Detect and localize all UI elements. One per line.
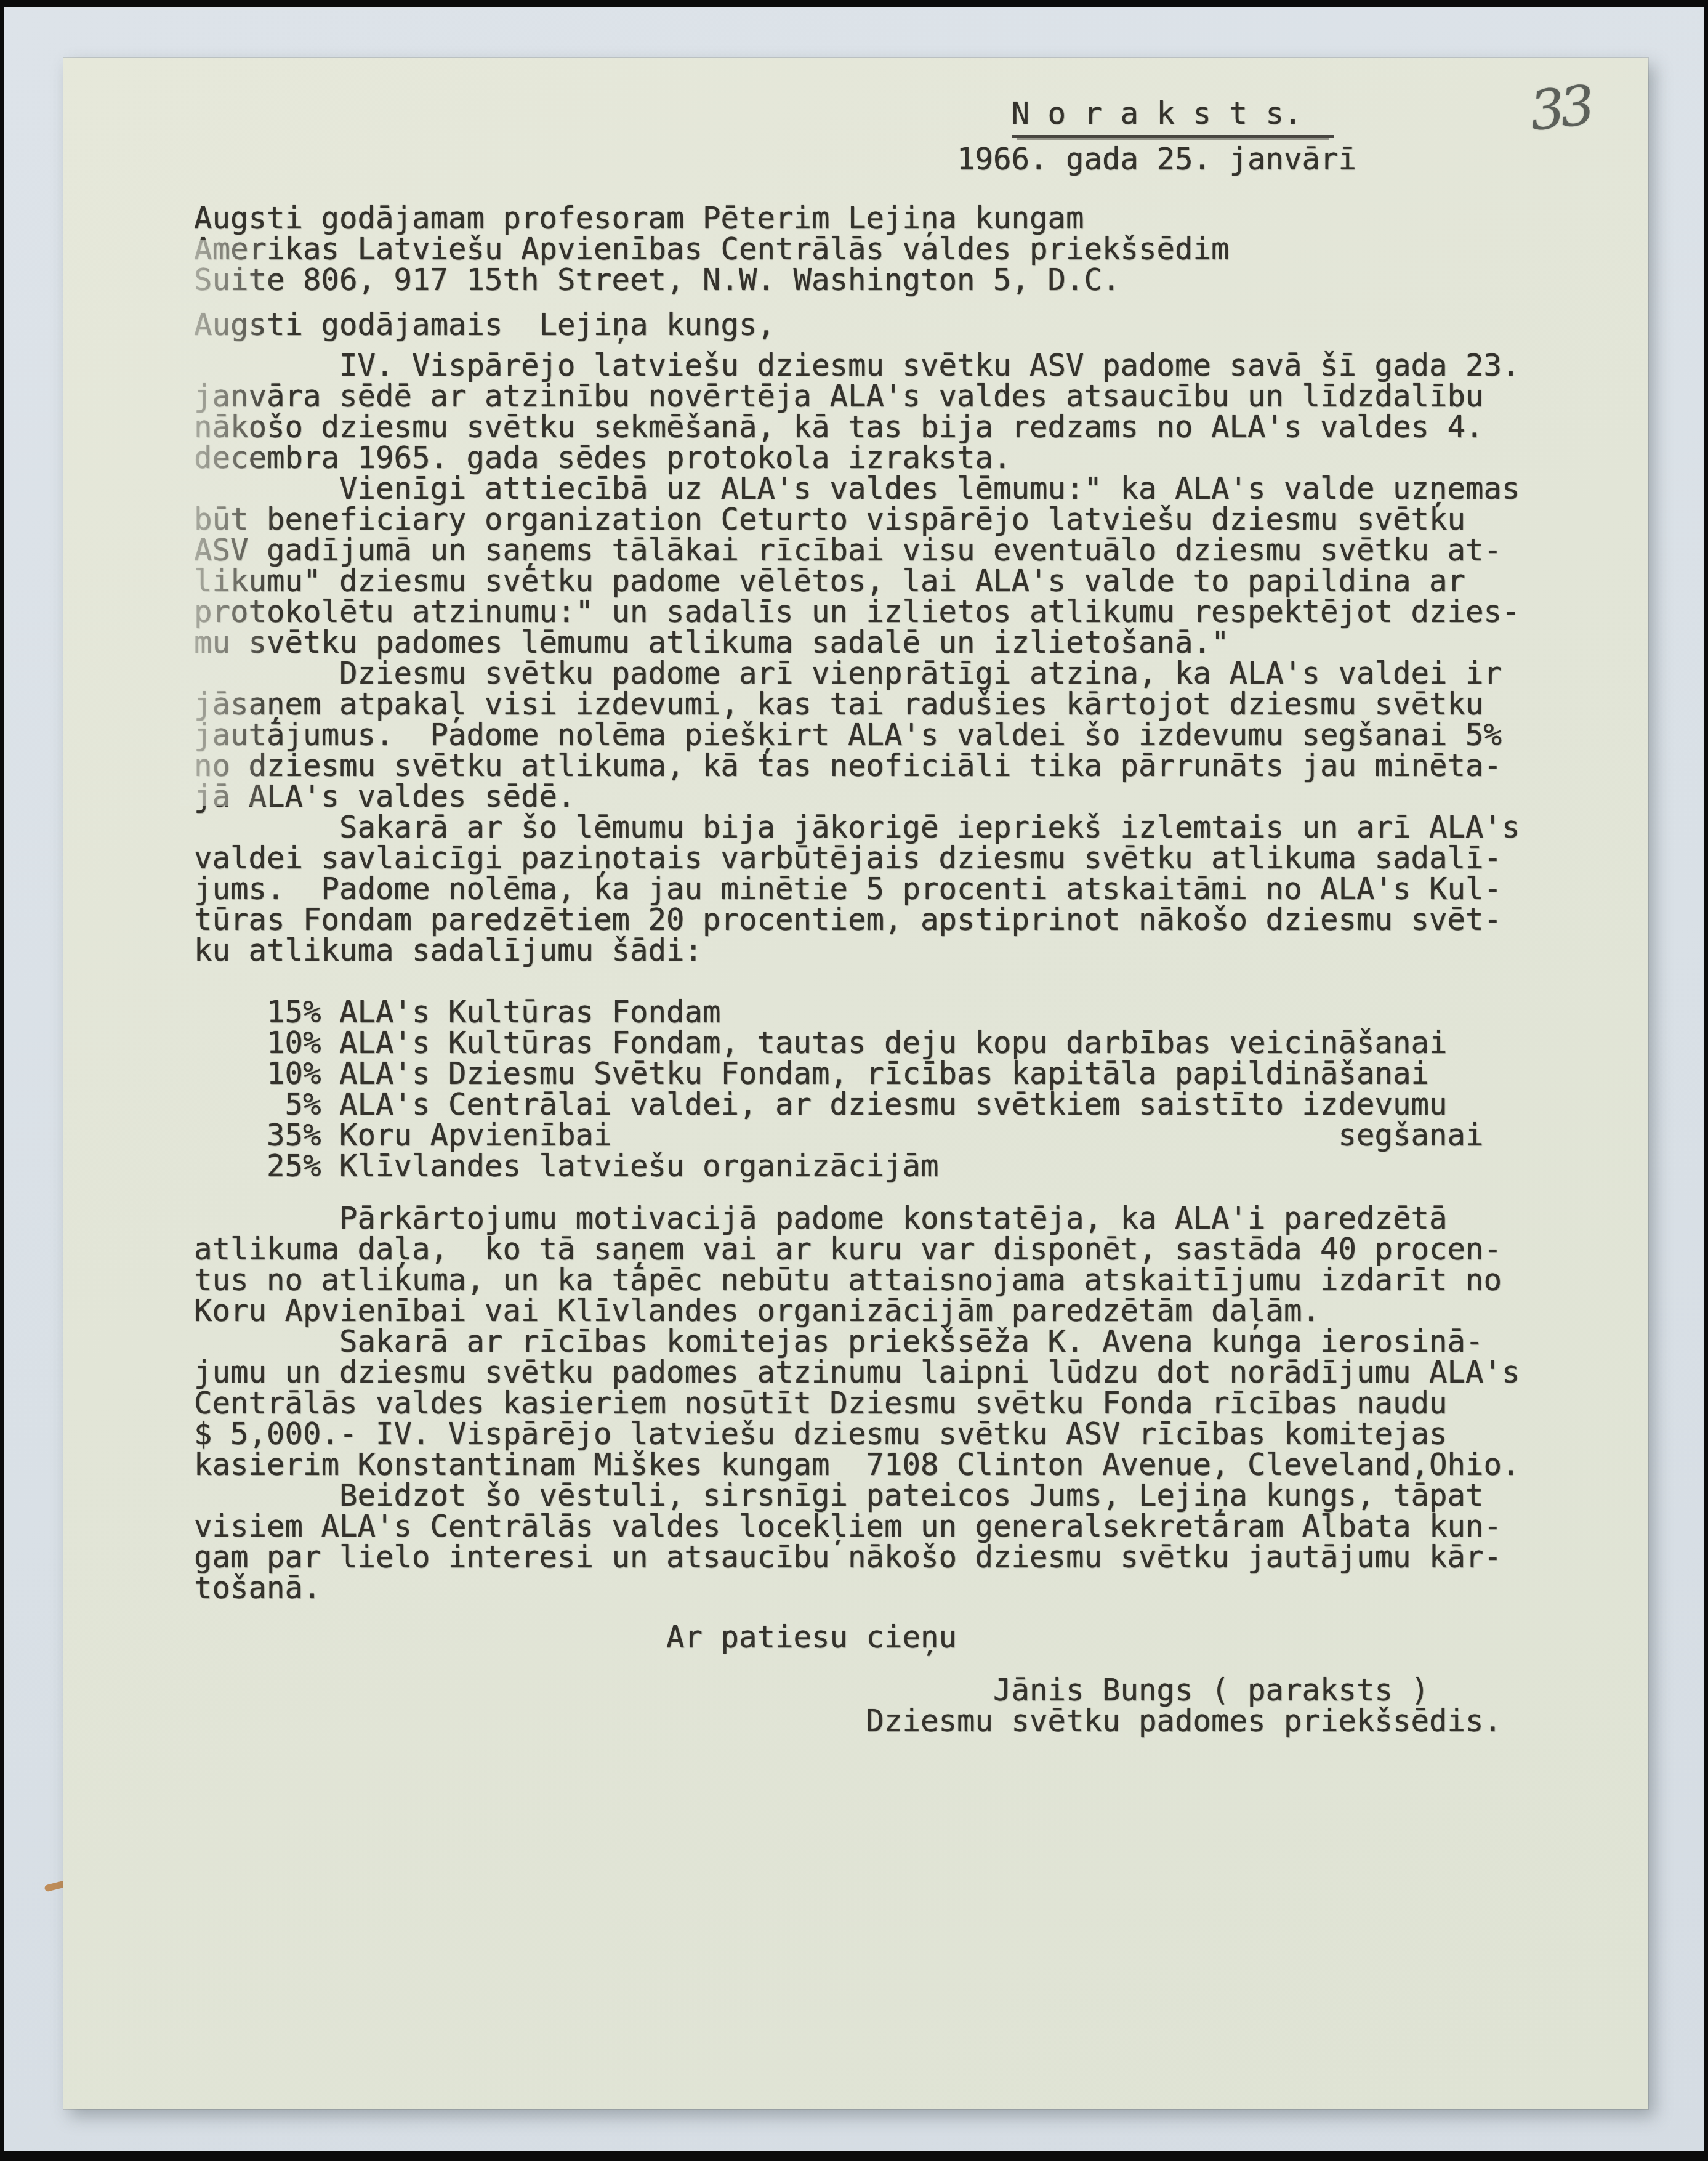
- letter-line: $ 5,000.- IV. Vispārējo latviešu dziesmu…: [194, 1419, 1599, 1450]
- letter-line: Dziesmu svētku padomes priekšsēdis.: [194, 1706, 1599, 1737]
- letter-line: decembra 1965. gada sēdes protokola izra…: [194, 443, 1599, 474]
- letter-line: N o r a k s t s.: [194, 99, 1599, 129]
- letter-body: N o r a k s t s. 1966. gada 25. janvārīA…: [194, 99, 1599, 1737]
- letter-line: 25% Klīvlandes latviešu organizācijām: [194, 1151, 1599, 1182]
- letter-line: IV. Vispārējo latviešu dziesmu svētku AS…: [194, 350, 1599, 381]
- letter-line: nākošo dziesmu svētku sekmēšanā, kā tas …: [194, 412, 1599, 443]
- para-3: Dziesmu svētku padome arī vienprātīgi at…: [194, 658, 1599, 812]
- letter-line: Sakarā ar šo lēmumu bija jākorigē ieprie…: [194, 812, 1599, 843]
- signature: Jānis Bungs ( paraksts ) Dziesmu svētku …: [194, 1675, 1599, 1737]
- letter-line: visiem ALA's Centrālās valdes locekļiem …: [194, 1511, 1599, 1542]
- recipient: Augsti godājamam profesoram Pēterim Leji…: [194, 203, 1599, 296]
- letter-line: gam par lielo interesi un atsaucību nāko…: [194, 1542, 1599, 1573]
- letter-line: Dziesmu svētku padome arī vienprātīgi at…: [194, 658, 1599, 689]
- para-1: IV. Vispārējo latviešu dziesmu svētku AS…: [194, 350, 1599, 474]
- letter-line: 1966. gada 25. janvārī: [194, 144, 1599, 175]
- letter-line: mu svētku padomes lēmumu atlikuma sadalē…: [194, 628, 1599, 658]
- letter-line: 35% Koru Apvienībai segšanai: [194, 1120, 1599, 1151]
- letter-line: likumu" dziesmu svētku padome vēlētos, l…: [194, 566, 1599, 597]
- date-line: 1966. gada 25. janvārī: [194, 144, 1599, 175]
- letter-line: 5% ALA's Centrālai valdei, ar dziesmu sv…: [194, 1089, 1599, 1120]
- salutation: Augsti godājamais Lejiņa kungs,: [194, 310, 1599, 341]
- letter-line: Centrālās valdes kasieriem nosūtīt Dzies…: [194, 1388, 1599, 1419]
- letter-line: 10% ALA's Kultūras Fondam, tautas deju k…: [194, 1028, 1599, 1059]
- letter-line: tošanā.: [194, 1573, 1599, 1604]
- closing: Ar patiesu cieņu: [194, 1622, 1599, 1653]
- letter-line: 15% ALA's Kultūras Fondam: [194, 997, 1599, 1028]
- letter-line: Sakarā ar rīcības komitejas priekšsēža K…: [194, 1327, 1599, 1357]
- letter-line: 10% ALA's Dziesmu Svētku Fondam, rīcības…: [194, 1059, 1599, 1089]
- letter-line: protokolētu atzinumu:" un sadalīs un izl…: [194, 597, 1599, 628]
- letter-line: Suite 806, 917 15th Street, N.W. Washing…: [194, 265, 1599, 296]
- para-5: Pārkārtojumu motivacijā padome konstatēj…: [194, 1203, 1599, 1327]
- letter-line: Koru Apvienībai vai Klīvlandes organizāc…: [194, 1296, 1599, 1327]
- doc-type: N o r a k s t s.: [194, 99, 1599, 129]
- para-7: Beidzot šo vēstuli, sirsnīgi pateicos Ju…: [194, 1480, 1599, 1604]
- para-6: Sakarā ar rīcības komitejas priekšsēža K…: [194, 1327, 1599, 1480]
- letter-line: no dziesmu svētku atlikuma, kā tas neofi…: [194, 751, 1599, 782]
- letter-line: janvāra sēdē ar atzinību novērtēja ALA's…: [194, 381, 1599, 412]
- letter-line: Vienīgi attiecībā uz ALA's valdes lēmumu…: [194, 474, 1599, 504]
- para-4: Sakarā ar šo lēmumu bija jākorigē ieprie…: [194, 812, 1599, 966]
- letter-line: Ar patiesu cieņu: [194, 1622, 1599, 1653]
- letter-line: jautājumus. Padome nolēma piešķirt ALA's…: [194, 720, 1599, 751]
- letter-line: Beidzot šo vēstuli, sirsnīgi pateicos Ju…: [194, 1480, 1599, 1511]
- letter-line: jumu un dziesmu svētku padomes atzinumu …: [194, 1357, 1599, 1388]
- letter-line: Augsti godājamam profesoram Pēterim Leji…: [194, 203, 1599, 234]
- letter-line: tūras Fondam paredzētiem 20 procentiem, …: [194, 905, 1599, 935]
- letter-line: būt beneficiary organization Ceturto vis…: [194, 504, 1599, 535]
- letter-paper: 33 N o r a k s t s. 1966. gada 25. janvā…: [63, 58, 1648, 2109]
- letter-line: ku atlikuma sadalījumu šādi:: [194, 935, 1599, 966]
- letter-line: Jānis Bungs ( paraksts ): [194, 1675, 1599, 1706]
- para-2: Vienīgi attiecībā uz ALA's valdes lēmumu…: [194, 474, 1599, 658]
- letter-line: valdei savlaicīgi paziņotais varbūtējais…: [194, 843, 1599, 874]
- letter-line: Amerikas Latviešu Apvienības Centrālās v…: [194, 234, 1599, 265]
- letter-line: kasierim Konstantinam Miškes kungam 7108…: [194, 1450, 1599, 1480]
- letter-line: tus no atlikuma, un ka tāpēc nebūtu atta…: [194, 1265, 1599, 1296]
- allocation-list: 15% ALA's Kultūras Fondam 10% ALA's Kult…: [194, 997, 1599, 1182]
- letter-line: jā ALA's valdes sēdē.: [194, 782, 1599, 812]
- letter-line: Augsti godājamais Lejiņa kungs,: [194, 310, 1599, 341]
- scanned-letter-page: 33 N o r a k s t s. 1966. gada 25. janvā…: [0, 0, 1708, 2161]
- letter-line: ASV gadījumā un saņems tālākai rīcībai v…: [194, 535, 1599, 566]
- letter-line: jāsaņem atpakaļ visi izdevumi, kas tai r…: [194, 689, 1599, 720]
- letter-line: atlikuma daļa, ko tā saņem vai ar kuru v…: [194, 1234, 1599, 1265]
- letter-line: Pārkārtojumu motivacijā padome konstatēj…: [194, 1203, 1599, 1234]
- letter-line: jums. Padome nolēma, ka jau minētie 5 pr…: [194, 874, 1599, 905]
